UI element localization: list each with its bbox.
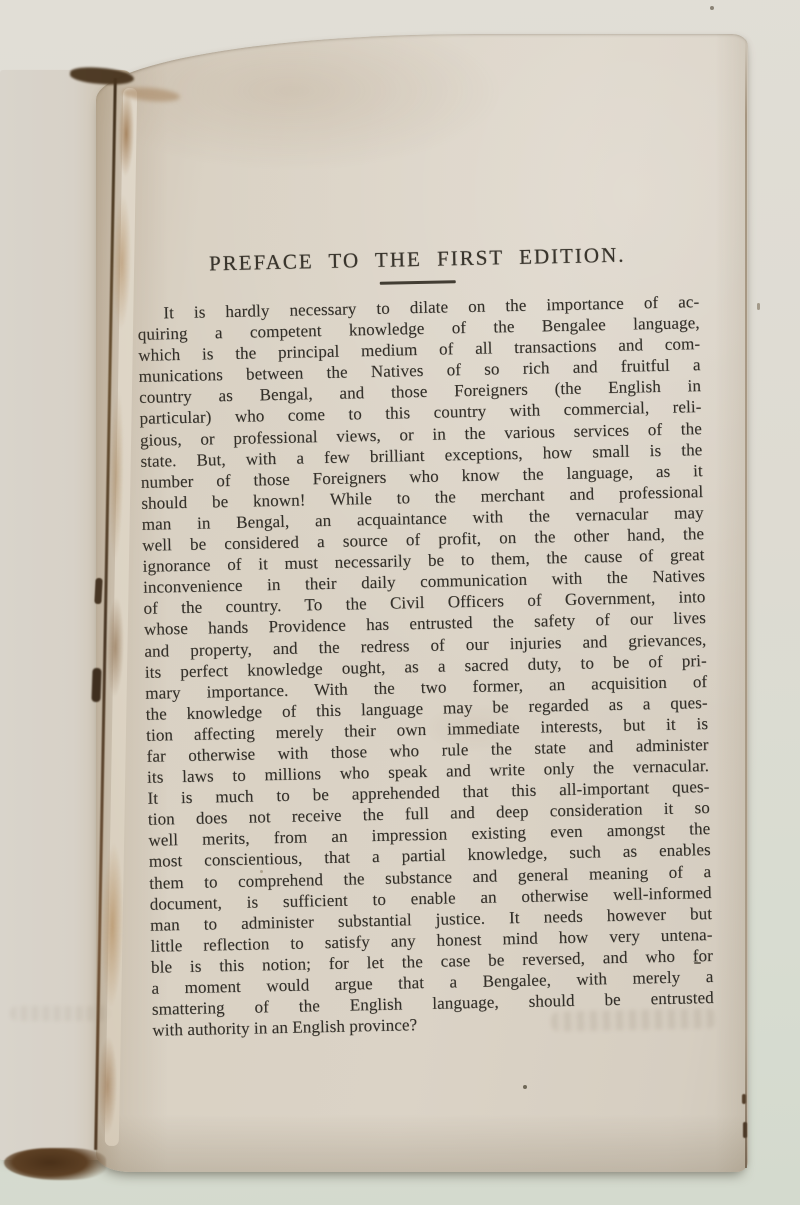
paper-speck [260, 870, 263, 873]
page-title: PREFACE TO THE FIRST EDITION. [136, 240, 698, 278]
paper-speck [523, 1085, 527, 1089]
paper-speck [757, 303, 760, 310]
title-divider-rule [380, 280, 456, 285]
fore-edge-mark [743, 1122, 747, 1138]
paper-speck [694, 962, 701, 964]
gutter-dark-mark [94, 578, 102, 604]
ink-show-through-smudge [551, 1008, 716, 1031]
right-page: PREFACE TO THE FIRST EDITION. It is hard… [96, 34, 748, 1172]
page-fore-edge-line [745, 36, 747, 1168]
ink-show-through-smudge [10, 1006, 110, 1021]
fore-edge-mark [742, 1094, 746, 1104]
paper-speck [710, 6, 714, 10]
printed-text-block: PREFACE TO THE FIRST EDITION. It is hard… [136, 240, 714, 1041]
book-photograph: PREFACE TO THE FIRST EDITION. It is hard… [0, 0, 800, 1205]
preface-paragraph: It is hardly necessary to dilate on the … [137, 291, 714, 1041]
leather-cover-corner [4, 1148, 106, 1180]
gutter-dark-mark [91, 668, 101, 702]
